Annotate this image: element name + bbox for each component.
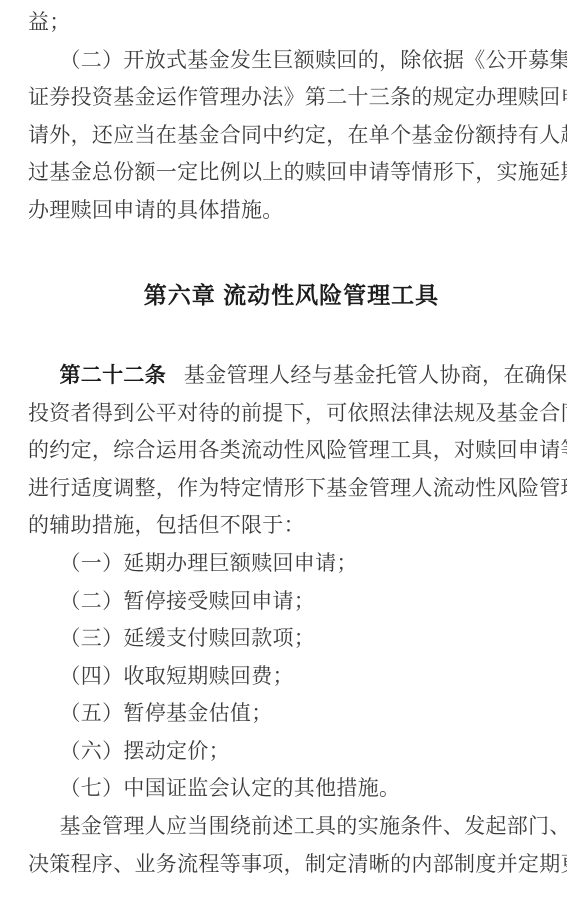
- body-line: 过基金总份额一定比例以上的赎回申请等情形下，实施延期: [28, 154, 555, 192]
- tools-list: （一）延期办理巨额赎回申请； （二）暂停接受赎回申请； （三）延缓支付赎回款项；…: [28, 545, 555, 808]
- body-line: 的辅助措施，包括但不限于：: [28, 507, 555, 545]
- article-number: 第二十二条: [60, 363, 167, 387]
- body-line: 请外，还应当在基金合同中约定，在单个基金份额持有人超: [28, 117, 555, 155]
- list-item: （五）暂停基金估值；: [28, 695, 555, 733]
- article-first-line: 第二十二条基金管理人经与基金托管人协商，在确保: [28, 357, 555, 395]
- document-page: 益； （二）开放式基金发生巨额赎回的，除依据《公开募集 证券投资基金运作管理办法…: [0, 0, 567, 914]
- body-line: 办理赎回申请的具体措施。: [28, 192, 555, 230]
- body-line: 投资者得到公平对待的前提下，可依照法律法规及基金合同: [28, 395, 555, 433]
- intro-paragraph: 益； （二）开放式基金发生巨额赎回的，除依据《公开募集 证券投资基金运作管理办法…: [28, 4, 555, 230]
- body-line: 益；: [28, 4, 555, 42]
- list-item: （四）收取短期赎回费；: [28, 658, 555, 696]
- body-line: 决策程序、业务流程等事项，制定清晰的内部制度并定期更: [28, 846, 555, 884]
- list-item: （一）延期办理巨额赎回申请；: [28, 545, 555, 583]
- chapter-heading: 第六章 流动性风险管理工具: [28, 277, 555, 315]
- list-item: （七）中国证监会认定的其他措施。: [28, 770, 555, 808]
- list-item: （二）暂停接受赎回申请；: [28, 583, 555, 621]
- body-line: 基金管理人应当围绕前述工具的实施条件、发起部门、: [28, 808, 555, 846]
- article-22-paragraph: 第二十二条基金管理人经与基金托管人协商，在确保 投资者得到公平对待的前提下，可依…: [28, 357, 555, 545]
- list-item: （六）摆动定价；: [28, 733, 555, 771]
- body-line: 进行适度调整，作为特定情形下基金管理人流动性风险管理: [28, 470, 555, 508]
- closing-paragraph: 基金管理人应当围绕前述工具的实施条件、发起部门、 决策程序、业务流程等事项，制定…: [28, 808, 555, 883]
- body-line: 证券投资基金运作管理办法》第二十三条的规定办理赎回申: [28, 79, 555, 117]
- body-line: 的约定，综合运用各类流动性风险管理工具，对赎回申请等: [28, 432, 555, 470]
- article-first-line-text: 基金管理人经与基金托管人协商，在确保: [184, 363, 567, 387]
- list-item: （三）延缓支付赎回款项；: [28, 620, 555, 658]
- body-line: （二）开放式基金发生巨额赎回的，除依据《公开募集: [28, 42, 555, 80]
